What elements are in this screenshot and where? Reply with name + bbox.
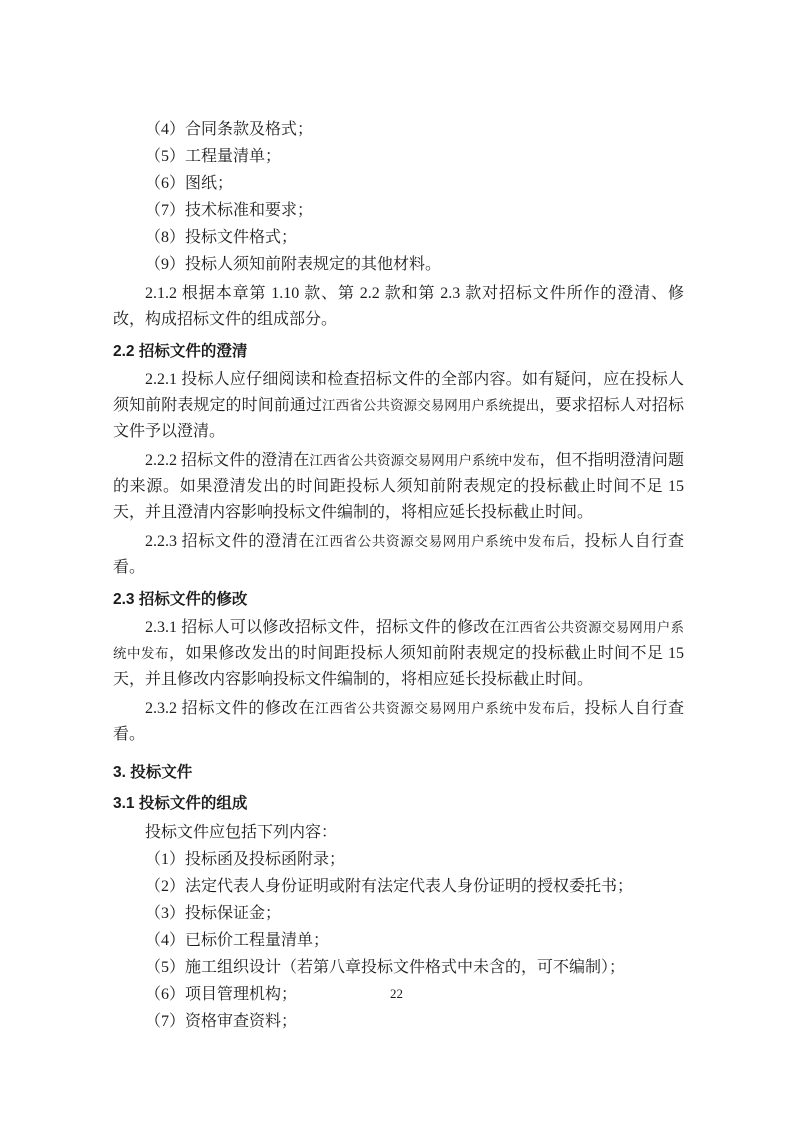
heading-3-1: 3.1 投标文件的组成 [113,792,684,816]
list-item-bid-letter: （1）投标函及投标函附录； [113,846,684,873]
clause-2-3-2-text: 2.3.2 招标文件的修改在 [145,700,315,717]
clause-2-2-3: 2.2.3 招标文件的澄清在江西省公共资源交易网用户系统中发布后，投标人自行查看… [113,529,684,581]
platform-name-text: 江西省公共资源交易网用户系统中发布后， [315,701,584,716]
list-item-other-materials: （9）投标人须知前附表规定的其他材料。 [113,251,684,278]
clause-2-3-1: 2.3.1 招标人可以修改招标文件，招标文件的修改在江西省公共资源交易网用户系统… [113,615,684,693]
heading-2-2: 2.2 招标文件的澄清 [113,340,684,364]
document-page: （4）合同条款及格式； （5）工程量清单； （6）图纸； （7）技术标准和要求；… [0,0,793,1122]
list-item-technical-standards: （7）技术标准和要求； [113,197,684,224]
list-item-qualification-docs: （7）资格审查资料； [113,1008,684,1035]
clause-2-2-2-text: 2.2.2 招标文件的澄清在 [145,452,309,469]
document-body: （4）合同条款及格式； （5）工程量清单； （6）图纸； （7）技术标准和要求；… [113,116,684,1035]
clause-2-3-1-text: 2.3.1 招标人可以修改招标文件，招标文件的修改在 [145,619,506,636]
heading-2-3: 2.3 招标文件的修改 [113,588,684,612]
platform-name-text: 江西省公共资源交易网用户系统中发布 [309,453,539,468]
list-item-drawings: （6）图纸； [113,170,684,197]
list-item-priced-boq: （4）已标价工程量清单； [113,927,684,954]
list-item-contract-terms: （4）合同条款及格式； [113,116,684,143]
list-item-bid-format: （8）投标文件格式； [113,224,684,251]
clause-2-3-1-text-end: ，如果修改发出的时间距投标人须知前附表规定的投标截止时间不足 15 天，并且修改… [113,645,684,688]
list-item-construction-plan: （5）施工组织设计（若第八章投标文件格式中未含的，可不编制）； [113,954,684,981]
clause-2-2-1: 2.2.1 投标人应仔细阅读和检查招标文件的全部内容。如有疑问，应在投标人须知前… [113,367,684,445]
heading-3: 3. 投标文件 [113,761,684,785]
clause-2-2-2: 2.2.2 招标文件的澄清在江西省公共资源交易网用户系统中发布，但不指明澄清问题… [113,448,684,526]
list-item-bid-bond: （3）投标保证金； [113,900,684,927]
platform-name-text: 江西省公共资源交易网用户系统中发布后， [315,534,584,549]
list-item-boq: （5）工程量清单； [113,143,684,170]
platform-name-text: 江西省公共资源交易网用户系统提出 [322,398,539,413]
clause-2-2-3-text: 2.2.3 招标文件的澄清在 [145,533,315,550]
page-number: 22 [0,986,793,1002]
clause-2-1-2: 2.1.2 根据本章第 1.10 款、第 2.2 款和第 2.3 款对招标文件所… [113,281,684,333]
clause-2-3-2: 2.3.2 招标文件的修改在江西省公共资源交易网用户系统中发布后，投标人自行查看… [113,696,684,748]
intro-3-1: 投标文件应包括下列内容： [113,819,684,846]
list-item-legal-rep-id: （2）法定代表人身份证明或附有法定代表人身份证明的授权委托书； [113,873,684,900]
